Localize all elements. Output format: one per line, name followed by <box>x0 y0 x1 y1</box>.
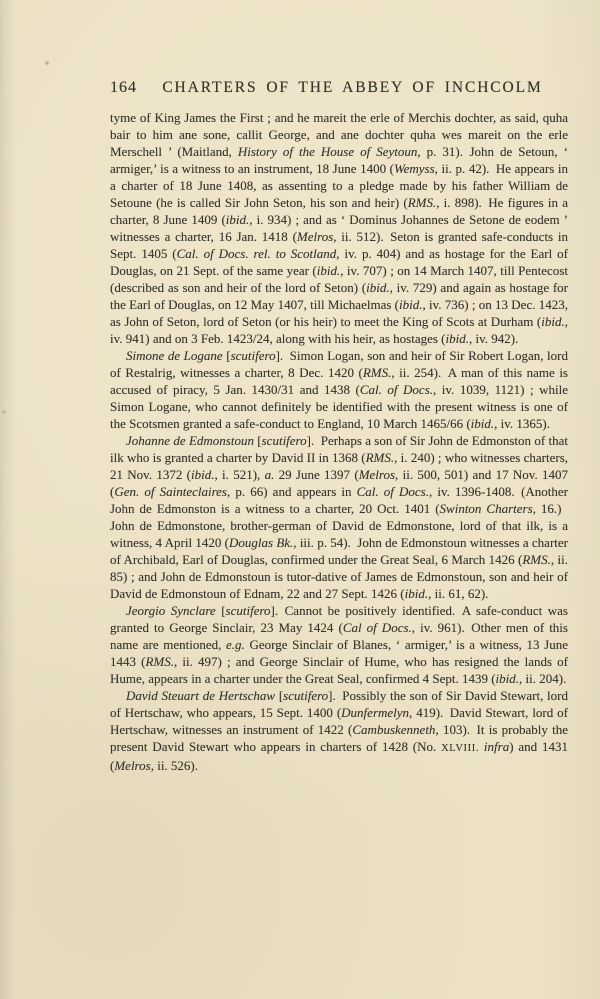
italic-text-run: Cal. of Docs. <box>360 382 433 397</box>
text-run: 29 June 1397 ( <box>274 467 358 482</box>
italic-text-run: Douglas Bk. <box>229 535 293 550</box>
text-run: [ <box>223 348 231 363</box>
text-run: , ii. 204). <box>519 671 566 686</box>
italic-text-run: RMS. <box>363 365 392 380</box>
paragraph-david-steuart: David Steuart de Hertschaw [scutifero]. … <box>110 687 568 774</box>
italic-text-run: Cal of Docs. <box>343 620 412 635</box>
italic-text-run: David Steuart de Hertschaw <box>126 688 275 703</box>
text-run: , ii. 526). <box>151 758 198 773</box>
text-run: [ <box>275 688 283 703</box>
text-run: , ii. 61, 62). <box>428 586 488 601</box>
italic-text-run: Cal. of Docs. rel. to Scotland <box>177 246 337 261</box>
italic-text-run: ibid. <box>317 263 340 278</box>
italic-text-run: infra <box>484 739 509 754</box>
paragraph-johanne-de-edmonstoun: Johanne de Edmonstoun [scutifero]. Perha… <box>110 432 568 602</box>
italic-text-run: Dunfermelyn <box>341 705 409 720</box>
italic-text-run: ibid. <box>399 297 422 312</box>
paragraph-continuation-seton: tyme of King James the First ; and he ma… <box>110 109 568 347</box>
italic-text-run: Simone de Logane <box>126 348 223 363</box>
italic-text-run: scutifero <box>283 688 328 703</box>
italic-text-run: a. <box>265 467 275 482</box>
italic-text-run: scutifero <box>262 433 307 448</box>
italic-text-run: ibid. <box>471 416 494 431</box>
italic-text-run: Melros <box>114 758 150 773</box>
text-run: , iv. 1365). <box>494 416 550 431</box>
italic-text-run: Swinton Charters <box>440 501 533 516</box>
italic-text-run: ibid. <box>405 586 428 601</box>
text-run: [ <box>254 433 262 448</box>
text-run: [ <box>216 603 226 618</box>
italic-text-run: Melros <box>359 467 395 482</box>
italic-text-run: Melros <box>297 229 333 244</box>
italic-text-run: RMS. <box>522 552 551 567</box>
text-run: , i. 521), <box>215 467 265 482</box>
running-title: CHARTERS OF THE ABBEY OF INCHCOLM <box>137 79 568 97</box>
page-body: tyme of King James the First ; and he ma… <box>110 109 568 774</box>
italic-text-run: Gen. of Sainteclaires <box>114 484 227 499</box>
text-run: , p. 66) and appears in <box>227 484 357 499</box>
italic-text-run: Cal. of Docs. <box>357 484 429 499</box>
italic-text-run: RMS. <box>408 195 437 210</box>
italic-text-run: Johanne de Edmonstoun <box>126 433 254 448</box>
italic-text-run: ibid. <box>226 212 249 227</box>
italic-text-run: Cambuskenneth <box>352 722 435 737</box>
italic-text-run: scutifero <box>231 348 276 363</box>
italic-text-run: Jeorgio Synclare <box>126 603 216 618</box>
book-page-scan: 164 CHARTERS OF THE ABBEY OF INCHCOLM ty… <box>0 0 600 999</box>
paragraph-simone-de-logane: Simone de Logane [scutifero]. Simon Loga… <box>110 347 568 432</box>
italic-text-run: History of the House of Seytoun <box>238 144 418 159</box>
smallcaps-text-run: xlviii. <box>441 743 479 754</box>
page-number: 164 <box>110 79 137 97</box>
paragraph-jeorgio-synclare: Jeorgio Synclare [scutifero]. Cannot be … <box>110 602 568 687</box>
italic-text-run: e.g. <box>226 637 245 652</box>
italic-text-run: RMS. <box>366 450 395 465</box>
italic-text-run: Wemyss <box>394 161 435 176</box>
italic-text-run: ibid. <box>366 280 389 295</box>
text-run: , iv. 942). <box>469 331 518 346</box>
page-header: 164 CHARTERS OF THE ABBEY OF INCHCOLM <box>110 79 568 97</box>
italic-text-run: ibid. <box>541 314 564 329</box>
italic-text-run: ibid. <box>446 331 469 346</box>
italic-text-run: ibid. <box>496 671 519 686</box>
italic-text-run: ibid. <box>191 467 214 482</box>
italic-text-run: scutifero <box>226 603 271 618</box>
italic-text-run: RMS. <box>145 654 174 669</box>
